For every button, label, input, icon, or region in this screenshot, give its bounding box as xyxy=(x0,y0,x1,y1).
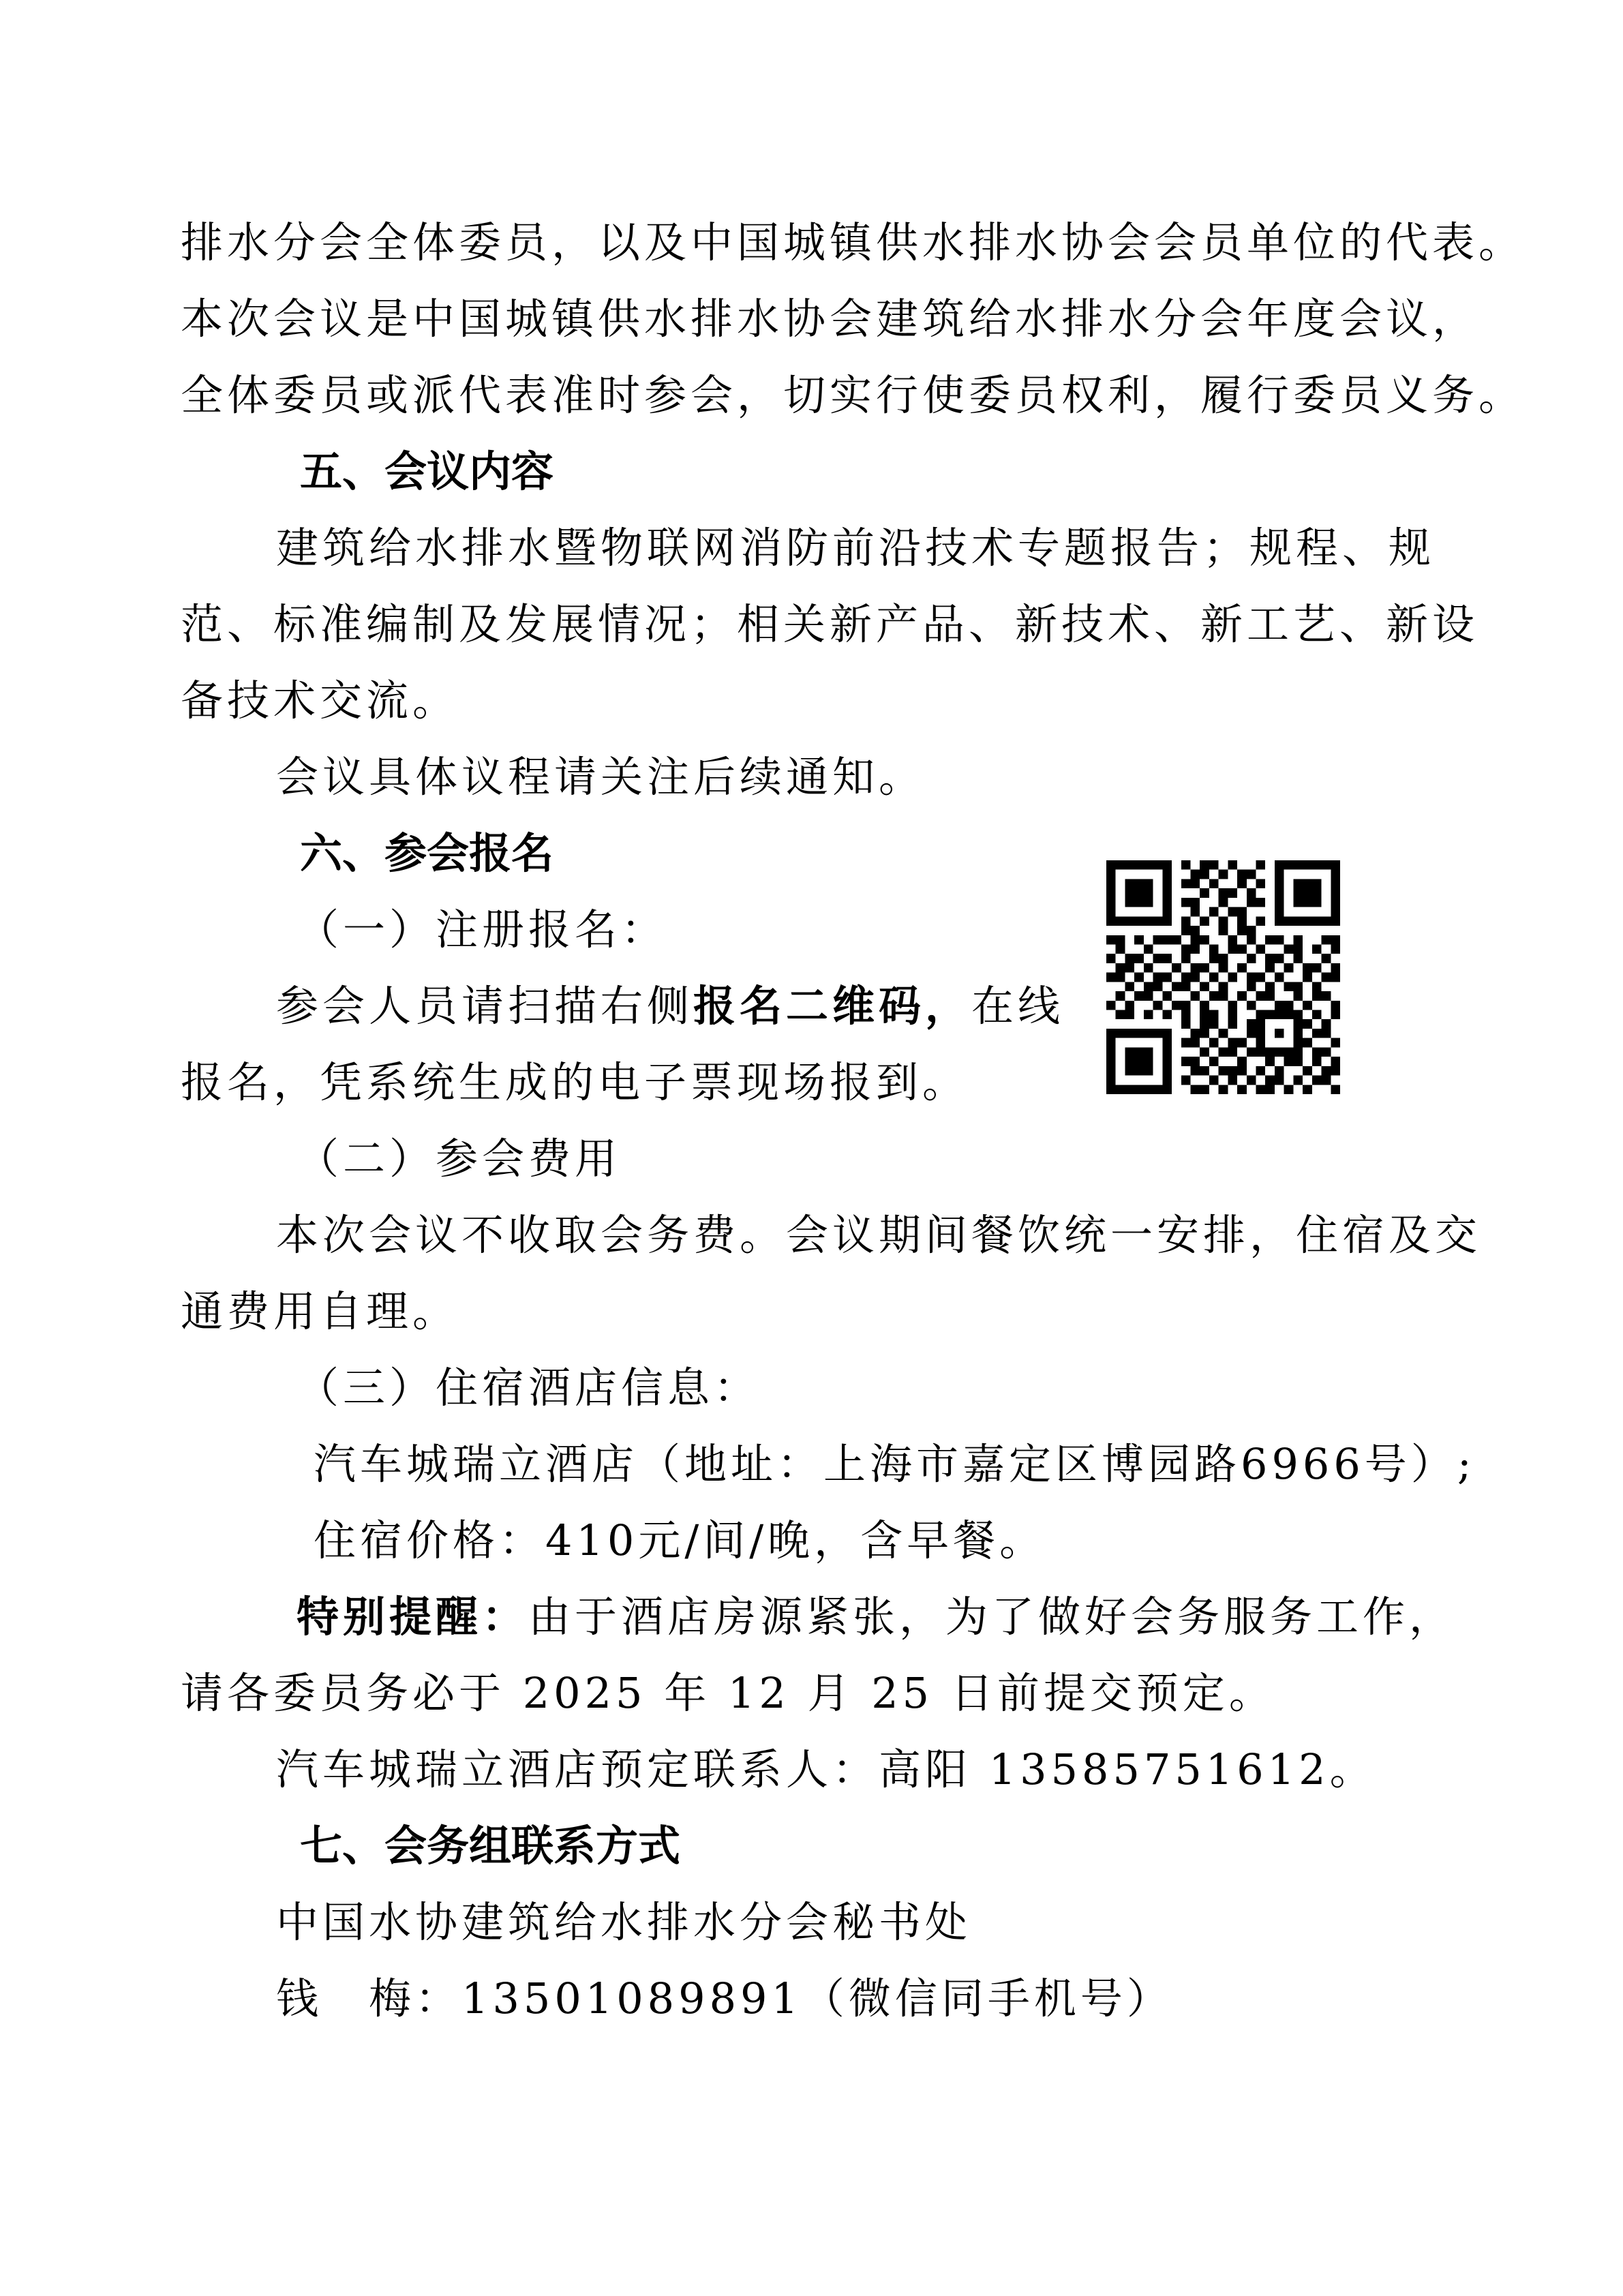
bold-text-run: 报名二维码， xyxy=(693,981,971,1031)
registration-qr-code xyxy=(1106,860,1340,1094)
text-run: 由于酒店房源紧张，为了做好会务服务工作， xyxy=(528,1592,1455,1642)
paragraph-line: 本次会议是中国城镇供水排水协会建筑给水排水分会年度会议， xyxy=(181,281,1449,357)
hotel-contact-line: 汽车城瑞立酒店预定联系人：高阳 13585751612。 xyxy=(181,1732,1449,1808)
paragraph-line: 备技术交流。 xyxy=(181,663,1449,739)
paragraph-line: 全体委员或派代表准时参会，切实行使委员权利，履行委员义务。 xyxy=(181,357,1449,434)
text-run: 在线 xyxy=(971,981,1064,1031)
paragraph-line: 建筑给水排水暨物联网消防前沿技术专题报告；规程、规 xyxy=(181,510,1449,586)
paragraph-line: 请各委员务必于 2025 年 12 月 25 日前提交预定。 xyxy=(181,1655,1449,1732)
paragraph-line: 本次会议不收取会务费。会议期间餐饮统一安排，住宿及交 xyxy=(181,1197,1449,1273)
subsection-title-hotel: （三）住宿酒店信息： xyxy=(181,1350,1449,1426)
bold-text-run: 特别提醒： xyxy=(297,1592,528,1642)
paragraph-line: 会议具体议程请关注后续通知。 xyxy=(181,739,1449,815)
document-page: 排水分会全体委员，以及中国城镇供水排水协会会员单位的代表。 本次会议是中国城镇供… xyxy=(0,0,1623,2296)
hotel-address-line: 汽车城瑞立酒店（地址：上海市嘉定区博园路6966号）; xyxy=(181,1426,1449,1502)
document-body: 排水分会全体委员，以及中国城镇供水排水协会会员单位的代表。 本次会议是中国城镇供… xyxy=(181,205,1449,2037)
paragraph-line: 排水分会全体委员，以及中国城镇供水排水协会会员单位的代表。 xyxy=(181,205,1449,281)
secretariat-line: 中国水协建筑给水排水分会秘书处 xyxy=(181,1884,1449,1961)
text-run: 参会人员请扫描右侧 xyxy=(276,981,693,1031)
subsection-title-fee: （二）参会费用 xyxy=(181,1121,1449,1197)
section-heading-meeting-content: 五、会议内容 xyxy=(181,434,1449,510)
contact-phone-line: 钱 梅：13501089891（微信同手机号） xyxy=(181,1961,1449,2037)
section-heading-contact: 七、会务组联系方式 xyxy=(181,1808,1449,1884)
paragraph-line: 通费用自理。 xyxy=(181,1273,1449,1350)
paragraph-line: 特别提醒：由于酒店房源紧张，为了做好会务服务工作， xyxy=(181,1579,1449,1655)
paragraph-line: 范、标准编制及发展情况；相关新产品、新技术、新工艺、新设 xyxy=(181,586,1449,663)
hotel-price-line: 住宿价格：410元/间/晚，含早餐。 xyxy=(181,1502,1449,1579)
